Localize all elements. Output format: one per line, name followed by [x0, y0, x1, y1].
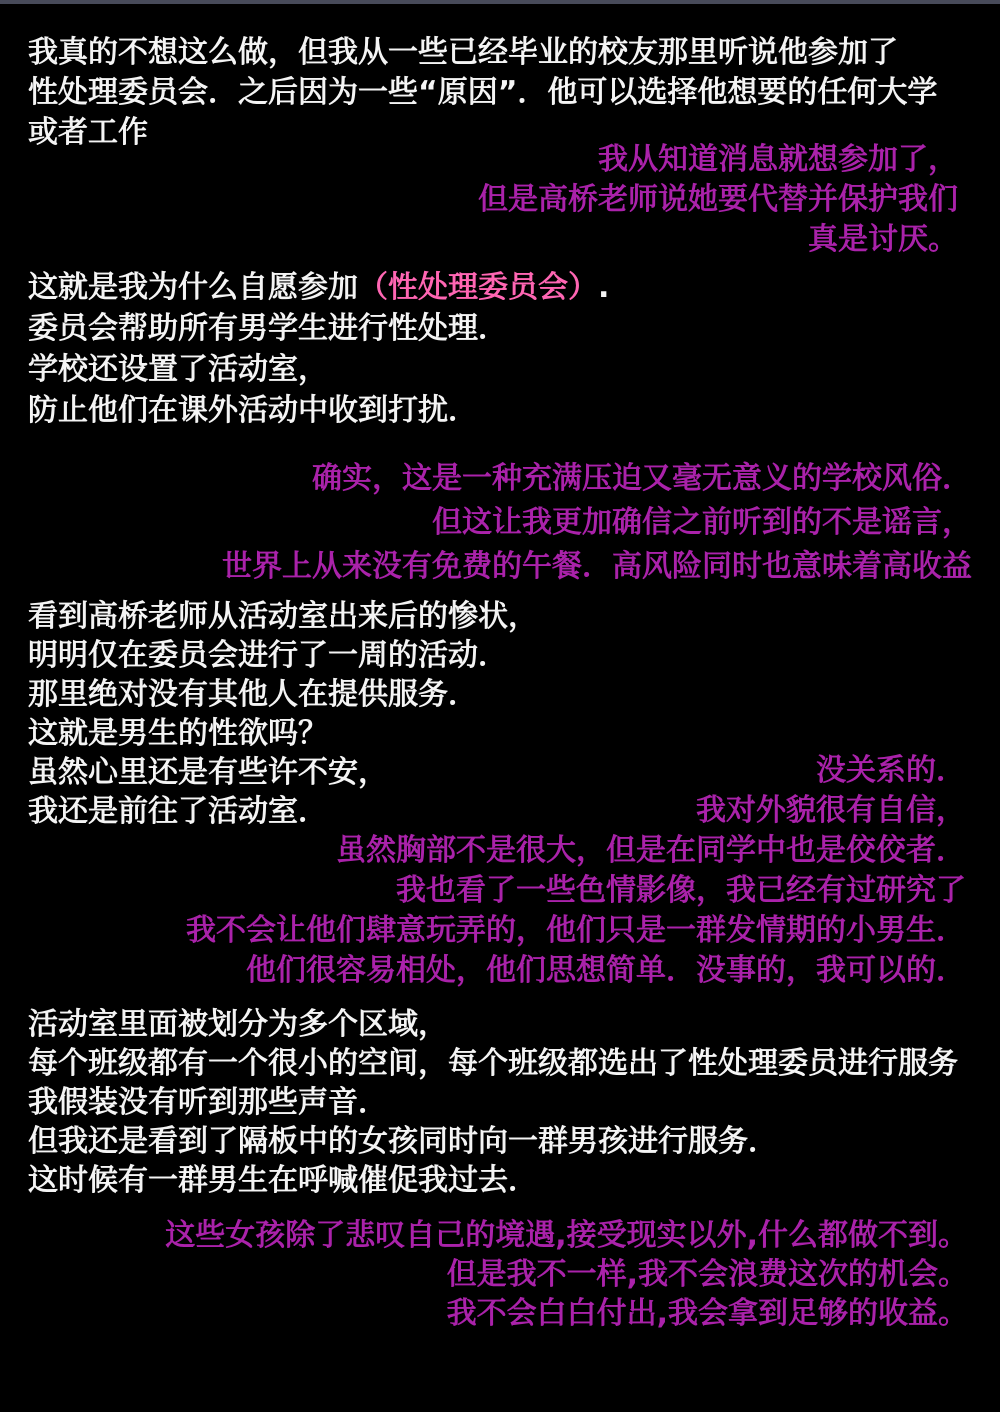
inner-monologue-3: 没关系的． 我对外貌很有自信， 虽然胸部不是很大，但是在同学中也是佼佼者． 我也…: [186, 751, 966, 991]
text-line: 但是高桥老师说她要代替并保护我们: [478, 180, 958, 220]
text-line: 确实，这是一种充满压迫又毫无意义的学校风俗．: [222, 457, 972, 501]
text-line: 我假装没有听到那些声音．: [28, 1083, 958, 1122]
highlight-committee-name: （性处理委员会）: [358, 270, 598, 305]
text-line: 这就是男生的性欲吗？: [28, 714, 538, 753]
text-line: 但这让我更加确信之前听到的不是谣言，: [222, 501, 972, 545]
text-segment: 这就是我为什么自愿参加: [28, 270, 358, 305]
text-line: 学校还设置了活动室，: [28, 349, 609, 390]
text-line: 我不会让他们肆意玩弄的，他们只是一群发情期的小男生．: [186, 911, 966, 951]
text-segment: .: [598, 270, 609, 305]
text-page: 我真的不想这么做，但我从一些已经毕业的校友那里听说他参加了 性处理委员会．之后因…: [0, 0, 1000, 1412]
text-line: 世界上从来没有免费的午餐．高风险同时也意味着高收益: [222, 545, 972, 589]
narration-paragraph-2: 这就是我为什么自愿参加（性处理委员会）. 委员会帮助所有男学生进行性处理． 学校…: [28, 267, 609, 431]
narration-paragraph-1: 我真的不想这么做，但我从一些已经毕业的校友那里听说他参加了 性处理委员会．之后因…: [28, 33, 937, 153]
text-line: 明明仅在委员会进行了一周的活动．: [28, 636, 538, 675]
text-line: 但我还是看到了隔板中的女孩同时向一群男孩进行服务．: [28, 1122, 958, 1161]
inner-monologue-1: 我从知道消息就想参加了， 但是高桥老师说她要代替并保护我们 真是讨厌。: [478, 140, 958, 260]
text-line: 没关系的．: [186, 751, 966, 791]
text-line: 真是讨厌。: [478, 220, 958, 260]
text-line: 我不会白白付出,我会拿到足够的收益。: [165, 1294, 968, 1333]
text-line: 委员会帮助所有男学生进行性处理．: [28, 308, 609, 349]
inner-monologue-4: 这些女孩除了悲叹自己的境遇,接受现实以外,什么都做不到。 但是我不一样,我不会浪…: [165, 1216, 968, 1333]
text-line: 活动室里面被划分为多个区域，: [28, 1005, 958, 1044]
text-line: 但是我不一样,我不会浪费这次的机会。: [165, 1255, 968, 1294]
text-line: 虽然胸部不是很大，但是在同学中也是佼佼者．: [186, 831, 966, 871]
text-line: 那里绝对没有其他人在提供服务．: [28, 675, 538, 714]
text-line: 这些女孩除了悲叹自己的境遇,接受现实以外,什么都做不到。: [165, 1216, 968, 1255]
text-line: 这就是我为什么自愿参加（性处理委员会）.: [28, 267, 609, 308]
text-line: 性处理委员会．之后因为一些“原因”．他可以选择他想要的任何大学: [28, 73, 937, 113]
text-line: 看到高桥老师从活动室出来后的惨状，: [28, 597, 538, 636]
text-line: 防止他们在课外活动中收到打扰．: [28, 390, 609, 431]
narration-paragraph-4: 活动室里面被划分为多个区域， 每个班级都有一个很小的空间，每个班级都选出了性处理…: [28, 1005, 958, 1200]
text-line: 每个班级都有一个很小的空间，每个班级都选出了性处理委员进行服务: [28, 1044, 958, 1083]
text-line: 我也看了一些色情影像，我已经有过研究了: [186, 871, 966, 911]
text-line: 他们很容易相处，他们思想简单．没事的，我可以的．: [186, 951, 966, 991]
text-line: 我对外貌很有自信，: [186, 791, 966, 831]
text-line: 我从知道消息就想参加了，: [478, 140, 958, 180]
text-line: 我真的不想这么做，但我从一些已经毕业的校友那里听说他参加了: [28, 33, 937, 73]
text-line: 这时候有一群男生在呼喊催促我过去．: [28, 1161, 958, 1200]
top-edge-artifact: [0, 0, 1000, 4]
inner-monologue-2: 确实，这是一种充满压迫又毫无意义的学校风俗． 但这让我更加确信之前听到的不是谣言…: [222, 457, 972, 589]
